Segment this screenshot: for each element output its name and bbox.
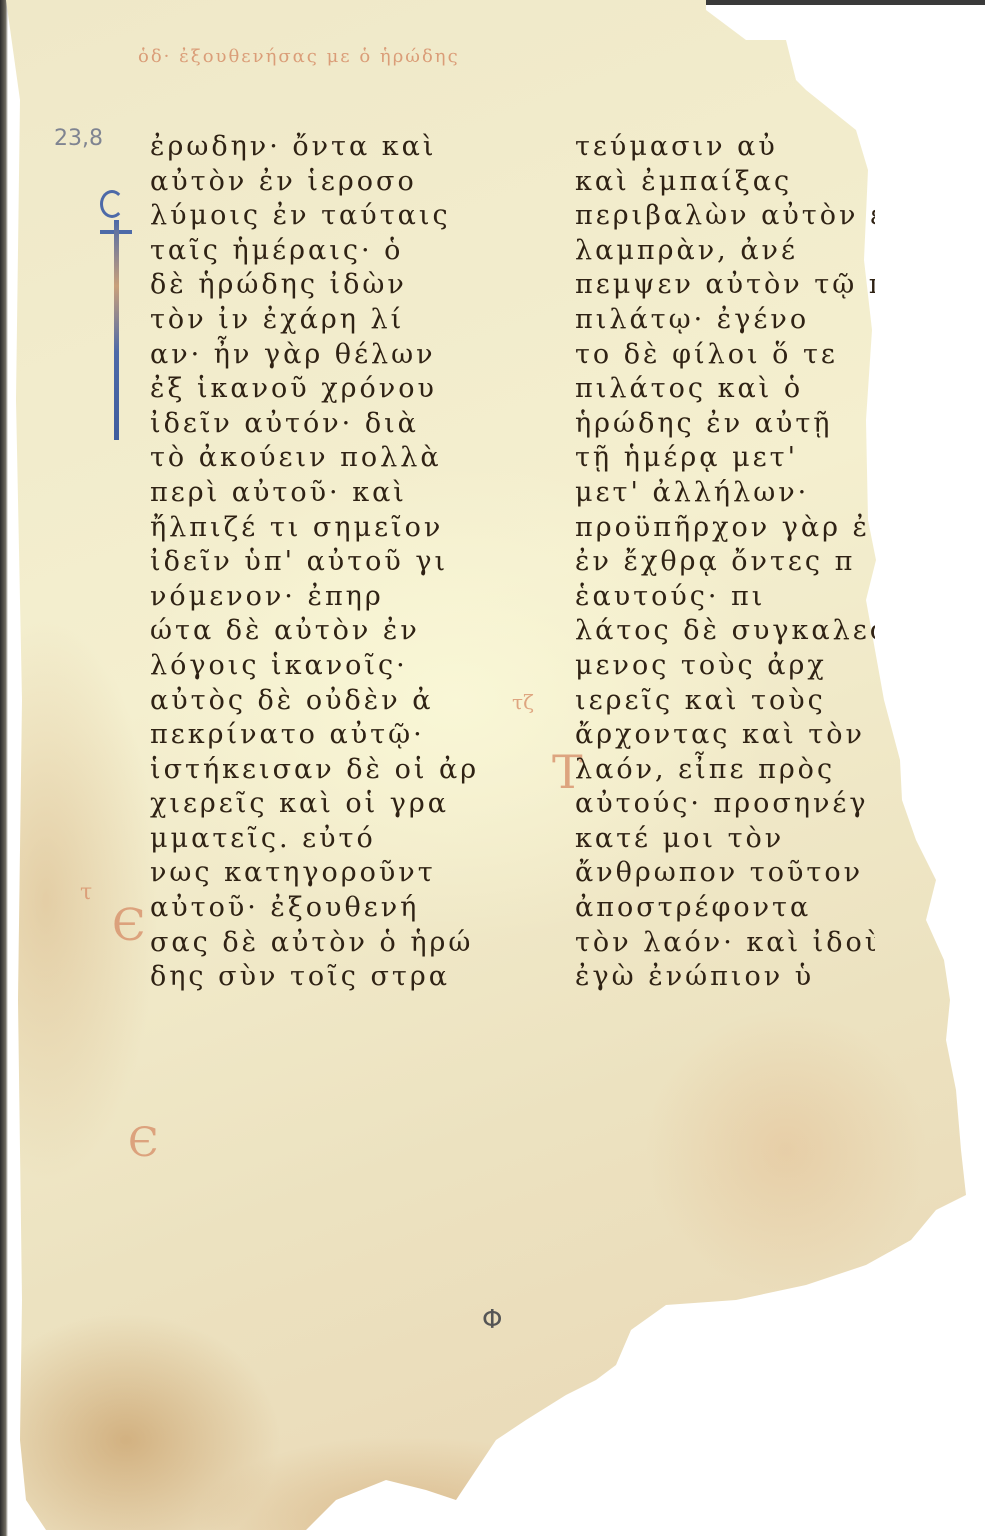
text-line: κατέ μοι τὸν [575, 822, 875, 857]
margin-rubric: Є [112, 900, 146, 951]
text-line: ταῖς ἡμέραις· ὁ [150, 234, 479, 269]
text-line: λαόν, εἶπε πρὸς [575, 753, 875, 788]
text-line: περιβαλὼν αὐτὸν ἐσθ [575, 199, 875, 234]
margin-rubric: Є [128, 1120, 159, 1166]
text-line: πεμψεν αὐτὸν τῷ π [575, 268, 875, 303]
text-line: ἐρωδην· ὄντα καὶ [150, 130, 479, 165]
text-line: λάτος δὲ συγκαλεσά [575, 614, 875, 649]
text-line: αὐτὸν ἐν ἱεροσο [150, 165, 479, 200]
text-line: πιλάτῳ· ἐγένο [575, 303, 875, 338]
text-line: δὲ ἡρώδης ἰδὼν [150, 268, 479, 303]
right-text-column: τεύμασιν αὐ καὶ ἐμπαίξας περιβαλὼν αὐτὸν… [575, 130, 875, 995]
text-line: αὐτούς· προσηνέγ [575, 787, 875, 822]
text-line: αὐτὸς δὲ οὐδὲν ἀ [150, 684, 479, 719]
margin-rubric: τζ [512, 690, 534, 714]
text-line: ἐν ἔχθρᾳ ὄντες π [575, 545, 875, 580]
text-line: ἱστήκεισαν δὲ οἱ ἀρ [150, 753, 479, 788]
text-line: ἡρώδης ἐν αὐτῇ [575, 407, 875, 442]
decorated-initial-icon [96, 190, 136, 450]
text-line: πεκρίνατο αὐτῷ· [150, 718, 479, 753]
left-text-column: ἐρωδην· ὄντα καὶ αὐτὸν ἐν ἱεροσο λύμοις … [150, 130, 479, 995]
text-line: ἰδεῖν αὐτόν· διὰ [150, 407, 479, 442]
text-line: ἑαυτούς· πι [575, 580, 875, 615]
text-line: τὸ ἀκούειν πολλὰ [150, 441, 479, 476]
text-line: ἄνθρωπον τοῦτον ὡς [575, 856, 875, 891]
initial-stem [114, 220, 119, 440]
text-line: ἤλπιζέ τι σημεῖον [150, 511, 479, 546]
text-line: χιερεῖς καὶ οἱ γρα [150, 787, 479, 822]
text-line: καὶ ἐμπαίξας [575, 165, 875, 200]
text-line: σας δὲ αὐτὸν ὁ ἡρώ [150, 926, 479, 961]
text-line: αν· ἦν γὰρ θέλων [150, 338, 479, 373]
folio-number: 23,8 [54, 126, 103, 151]
margin-rubric: τ [80, 880, 92, 905]
text-line: νως κατηγοροῦντ [150, 856, 479, 891]
text-line: ώτα δὲ αὐτὸν ἐν [150, 614, 479, 649]
text-line: ἀποστρέφοντα [575, 891, 875, 926]
text-line: πιλάτος καὶ ὁ [575, 372, 875, 407]
text-line: τὸν ἰν ἐχάρη λί [150, 303, 479, 338]
scanner-edge [0, 0, 8, 1536]
text-line: μενος τοὺς ἀρχ [575, 649, 875, 684]
text-line: τῇ ἡμέρᾳ μετ' [575, 441, 875, 476]
text-line: το δὲ φίλοι ὅ τε [575, 338, 875, 373]
initial-curl [100, 190, 124, 218]
text-line: τεύμασιν αὐ [575, 130, 875, 165]
text-line: λόγοις ἱκανοῖς· [150, 649, 479, 684]
text-line: περὶ αὐτοῦ· καὶ [150, 476, 479, 511]
text-line: μματεῖς. εὐτό [150, 822, 479, 857]
text-line: λύμοις ἐν ταύταις [150, 199, 479, 234]
header-rubric: ὁδ· ἐξουθενήσας με ὁ ἡρώδης [138, 46, 460, 67]
text-line: νόμενον· ἐπηρ [150, 580, 479, 615]
pencil-mark: Φ [482, 1305, 502, 1335]
text-line: δης σὺν τοῖς στρα [150, 960, 479, 995]
text-line: ιερεῖς καὶ τοὺς [575, 684, 875, 719]
text-line: προϋπῆρχον γὰρ ἐ [575, 511, 875, 546]
text-line: ἰδεῖν ὑπ' αὐτοῦ γι [150, 545, 479, 580]
scanner-top-edge [700, 0, 985, 5]
text-line: λαμπρὰν, ἀνέ [575, 234, 875, 269]
text-line: τὸν λαόν· καὶ ἰδοὺ [575, 926, 875, 961]
text-line: αὐτοῦ· ἐξουθενή [150, 891, 479, 926]
text-line: ἄρχοντας καὶ τὸν [575, 718, 875, 753]
text-line: μετ' ἀλλήλων· [575, 476, 875, 511]
text-line: ἐγὼ ἐνώπιον ὑ [575, 960, 875, 995]
text-line: ἐξ ἱκανοῦ χρόνου [150, 372, 479, 407]
